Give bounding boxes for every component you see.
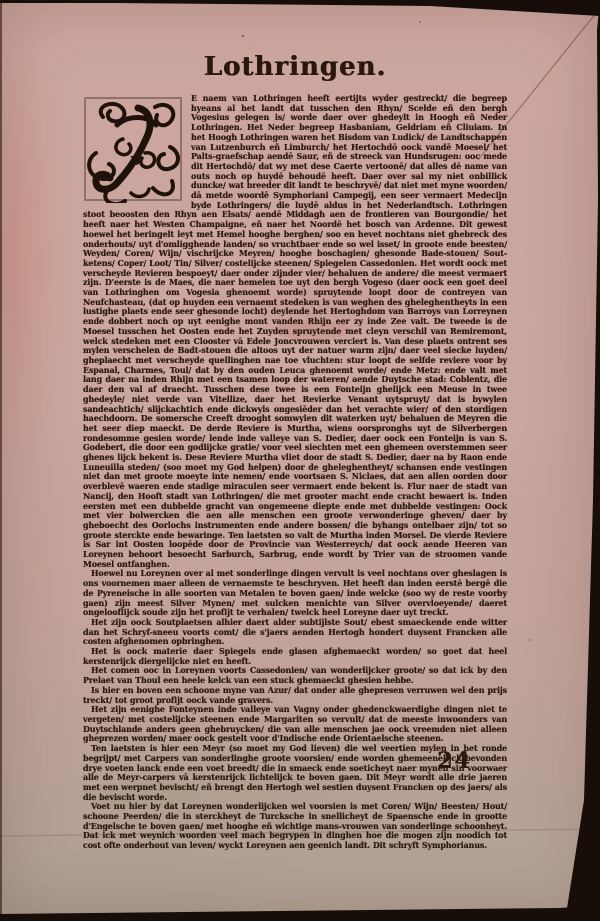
- drop-cap-letter: D: [130, 154, 140, 168]
- body-paragraph: Het comen ooc in Loreynen voorts Cassedo…: [83, 666, 507, 685]
- photo-edge-left: [0, 0, 2, 921]
- body-paragraph: Voet nu hier by dat Loreynen wonderlijck…: [83, 802, 507, 851]
- drop-cap-ornament: D: [83, 95, 183, 203]
- body-paragraph: Is hier en boven een schoone myne van Az…: [83, 686, 507, 705]
- body-paragraph: Het zijn oock Soutplaetsen alhier daert …: [83, 618, 507, 647]
- body-paragraph: Het zijn eenighe Fonteynen inde valleye …: [83, 705, 507, 744]
- page-number: 24: [437, 748, 472, 774]
- body-paragraph: Hoewel nu Loreynen over al met sonderlin…: [83, 569, 507, 618]
- page-title: Lothringen.: [83, 52, 507, 82]
- drop-cap-initial: D: [83, 95, 183, 203]
- text-block: D E naem van Lothringen heeft eertijts w…: [83, 94, 507, 851]
- body-paragraph: Het is oock materie daer Spiegels ende g…: [83, 647, 507, 666]
